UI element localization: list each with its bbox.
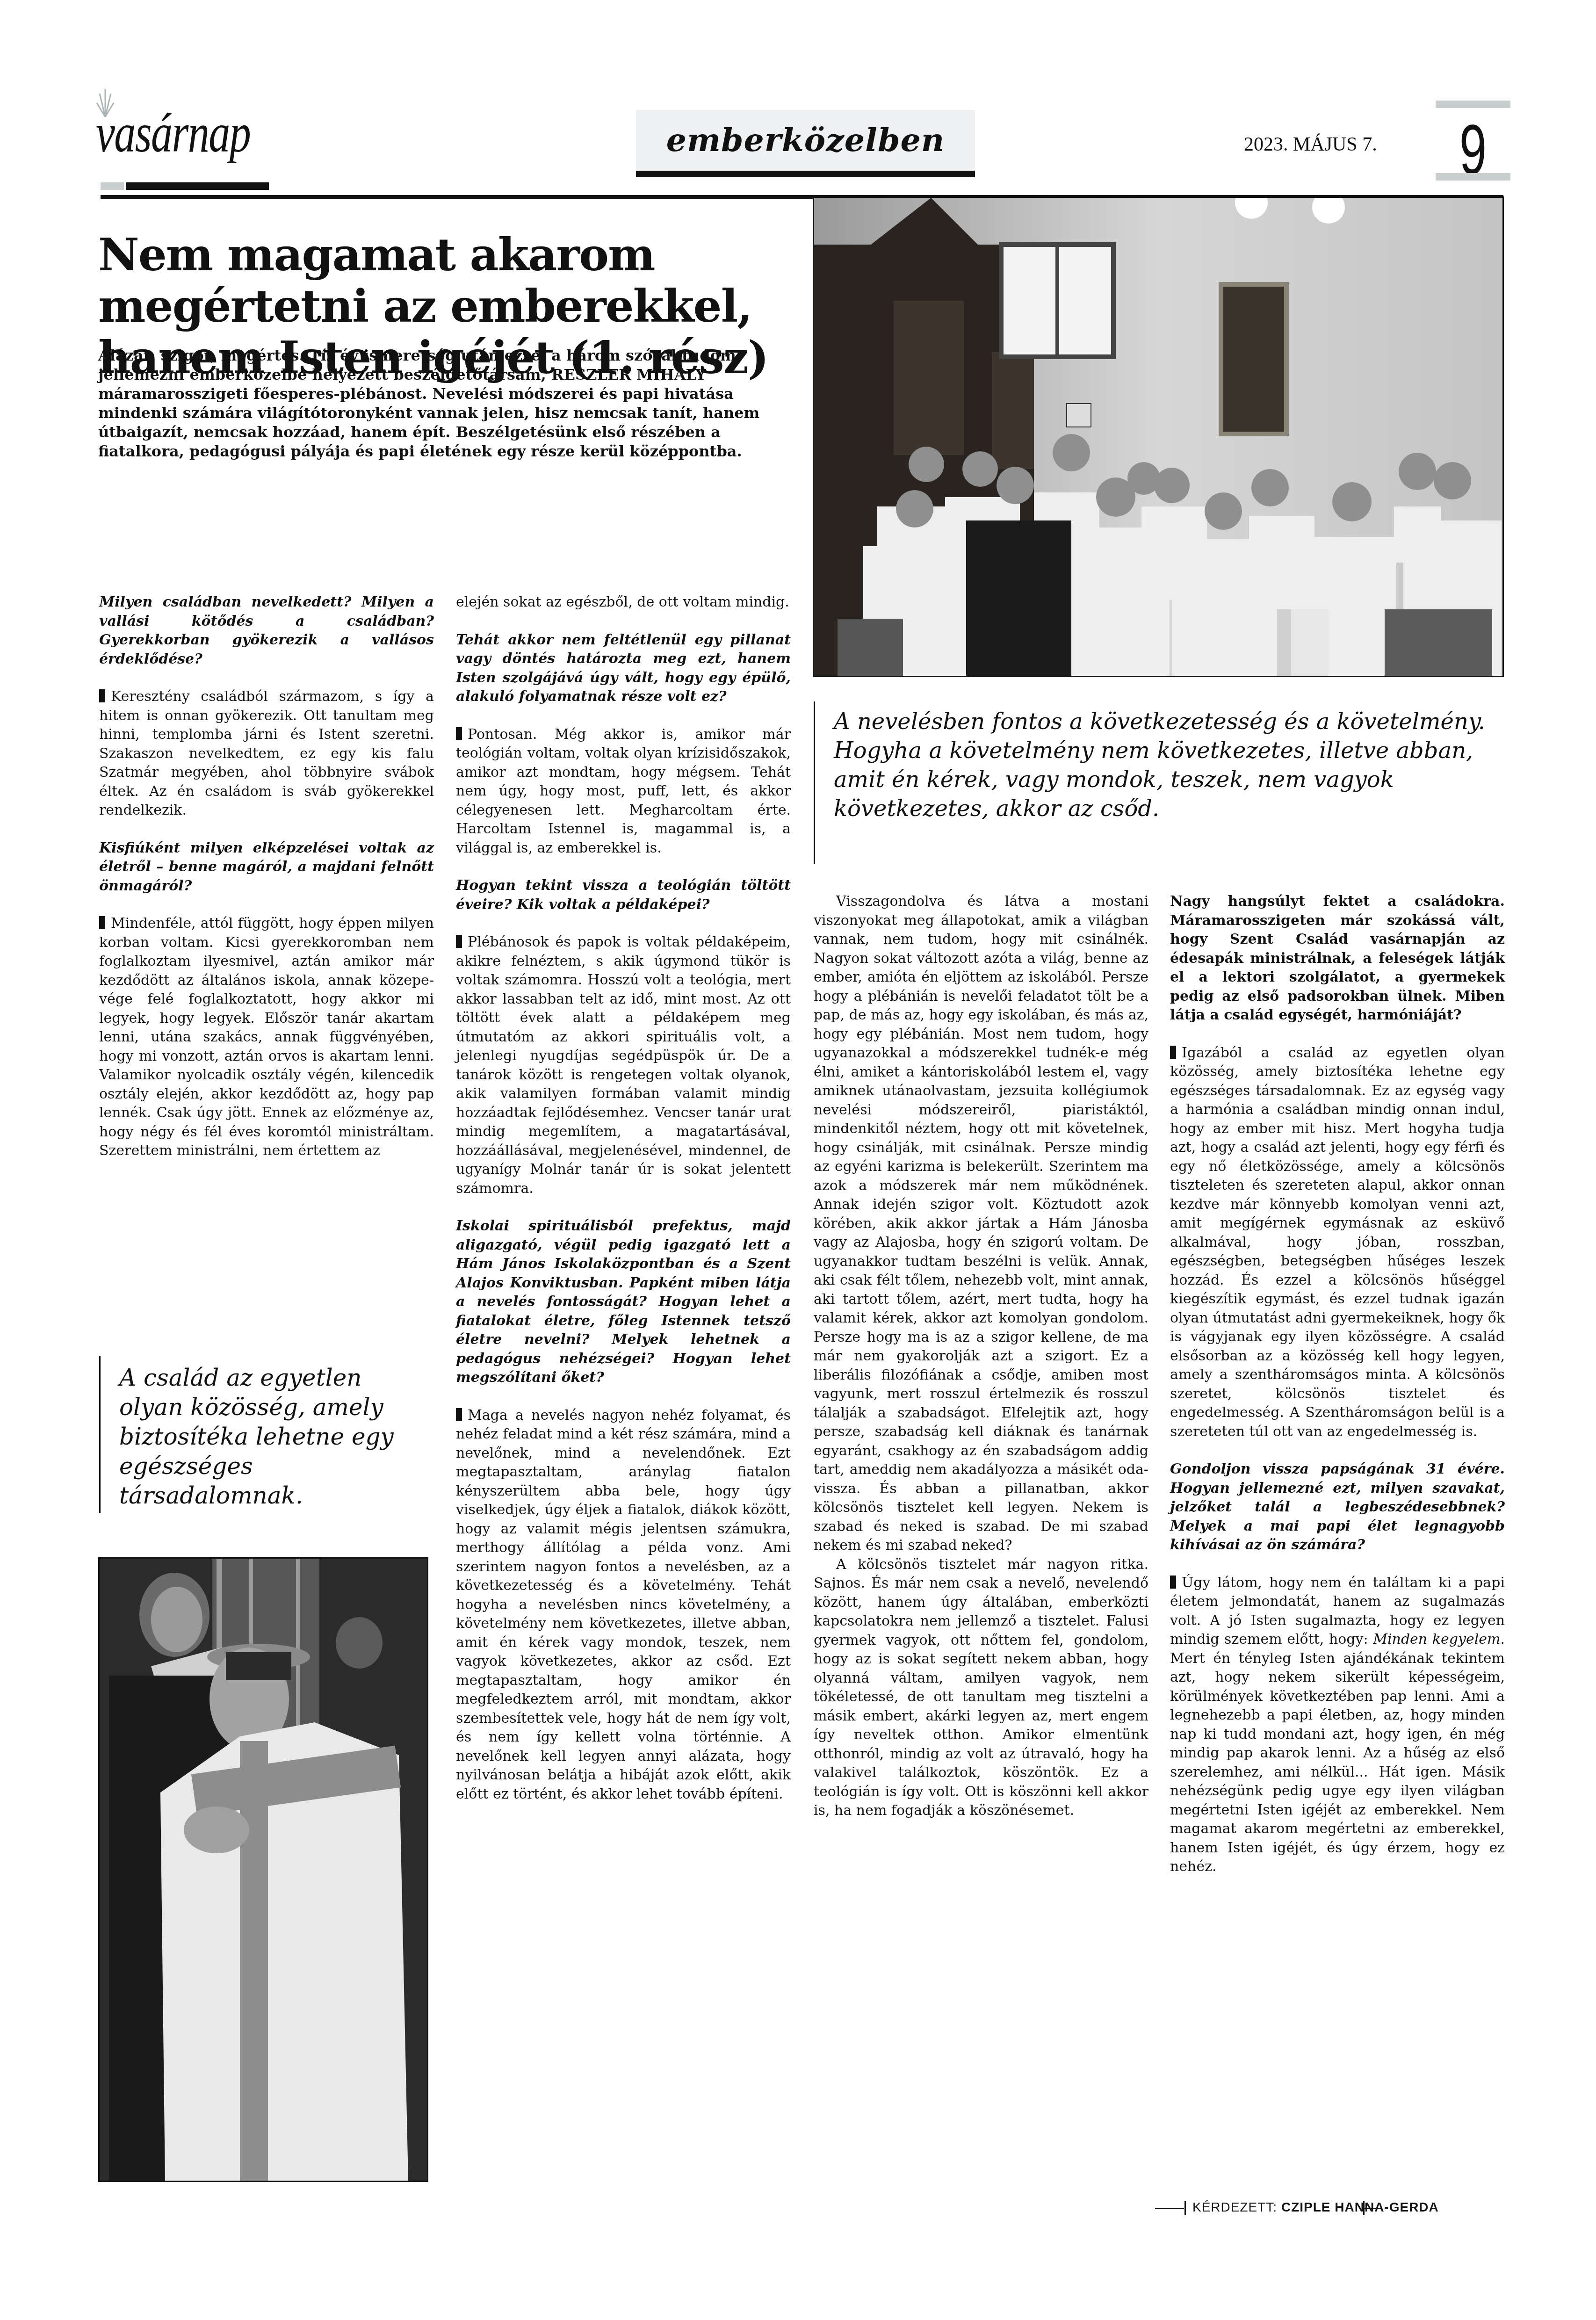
answer-text: . Mert én tényleg Isten ajándékának teki… <box>1170 1631 1505 1875</box>
answer-marker-icon <box>99 689 105 702</box>
article-column-1: Milyen családban nevelkedett? Milyen a v… <box>99 593 434 1341</box>
interviewee-name: Reszler Mihály <box>551 366 706 383</box>
interview-question: Kisfiúként milyen elképzelései voltak az… <box>99 839 434 896</box>
answer-marker-icon <box>99 916 105 929</box>
interview-question: Hogyan tekint vissza a teológián töltött… <box>456 876 791 914</box>
article-lead: Alázat, szigor, megértés. Tíz év ismeret… <box>98 346 800 461</box>
answer-text: Maga a nevelés nagyon nehéz folyamat, és… <box>456 1407 791 1802</box>
interview-answer: Maga a nevelés nagyon nehéz folyamat, és… <box>456 1406 791 1804</box>
byline: KÉRDEZETT: CZIPLE HANNA-GERDA <box>1155 2198 1510 2217</box>
article-column-2: elején sokat az egészből, de ott voltam … <box>456 593 791 1804</box>
group-photo-illustration <box>814 198 1502 676</box>
answer-text: Keresztény családból származom, s így a … <box>99 688 434 818</box>
issue-date: 2023. MÁJUS 7. <box>1244 133 1377 156</box>
ordination-photo-illustration <box>100 1559 427 2181</box>
answer-paragraph: A kölcsönös tisztelet már nagyon ritka. … <box>814 1555 1148 1821</box>
answer-marker-icon <box>1170 1046 1176 1059</box>
answer-marker-icon <box>456 727 462 740</box>
ordination-photo <box>98 1557 428 2182</box>
answer-text: Igazából a család az egyetlen olyan közö… <box>1170 1045 1505 1440</box>
masthead-underline <box>126 182 269 190</box>
answer-marker-icon <box>1170 1576 1176 1589</box>
interview-question: Tehát akkor nem feltétlenül egy pillanat… <box>456 631 791 707</box>
masthead-logo: vasárnap <box>96 94 348 159</box>
interview-answer: Úgy látom, hogy nem én találtam ki a pap… <box>1170 1574 1505 1877</box>
masthead-title: vasárnap <box>96 108 250 159</box>
page-number-rule-top <box>1436 101 1510 108</box>
interview-answer: Igazából a család az egyetlen olyan közö… <box>1170 1044 1505 1442</box>
byline-author: CZIPLE HANNA-GERDA <box>1281 2200 1439 2214</box>
answer-text: Mindenféle, attól függött, hogy éppen mi… <box>99 915 434 1159</box>
group-photo <box>813 196 1504 677</box>
interview-question: Gondoljon vissza papságának 31 évére. Ho… <box>1170 1460 1505 1555</box>
section-title: emberközelben <box>666 122 945 159</box>
answer-paragraph: Visszagondolva és látva a mostani viszon… <box>814 892 1148 1555</box>
answer-marker-icon <box>456 1408 462 1421</box>
answer-continuation: elején sokat az egészből, de ott voltam … <box>456 593 791 612</box>
article-column-3: Visszagondolva és látva a mostani viszon… <box>814 892 1148 1821</box>
byline-label: KÉRDEZETT: <box>1192 2200 1277 2214</box>
answer-marker-icon <box>456 935 462 948</box>
interview-question: Nagy hangsúlyt fektet a családokra. Mára… <box>1170 892 1505 1025</box>
lead-text-end: máramarosszigeti főesperes-plébánost. Ne… <box>98 385 759 460</box>
interview-question: Milyen családban nevelkedett? Milyen a v… <box>99 593 434 669</box>
page-number-rule-bottom <box>1436 173 1510 181</box>
interview-answer: Mindenféle, attól függött, hogy éppen mi… <box>99 914 434 1161</box>
byline-tick-left <box>1184 2201 1186 2215</box>
article-column-4: Nagy hangsúlyt fektet a családokra. Mára… <box>1170 892 1505 1877</box>
motto-text: Minden kegyelem <box>1373 1631 1500 1648</box>
byline-text: KÉRDEZETT: CZIPLE HANNA-GERDA <box>1192 2200 1439 2215</box>
answer-text: Pontosan. Még akkor is, amikor már teoló… <box>456 726 791 856</box>
interview-answer: Plébánosok és papok is voltak példaképei… <box>456 933 791 1198</box>
section-label: emberközelben <box>636 110 975 177</box>
answer-text: Plébánosok és papok is voltak példaképei… <box>456 934 791 1197</box>
interview-answer: Pontosan. Még akkor is, amikor már teoló… <box>456 725 791 858</box>
byline-rule-right <box>1365 2208 1379 2209</box>
masthead-accent-bar <box>101 182 124 190</box>
pull-quote-education: A nevelésben fontos a következetesség és… <box>814 701 1498 864</box>
interview-question: Iskolai spirituálisból prefektus, majd a… <box>456 1217 791 1388</box>
byline-rule-left <box>1155 2208 1184 2209</box>
pull-quote-family: A család az egyetlen olyan közösség, ame… <box>99 1356 409 1513</box>
interview-answer: Keresztény családból származom, s így a … <box>99 687 434 820</box>
